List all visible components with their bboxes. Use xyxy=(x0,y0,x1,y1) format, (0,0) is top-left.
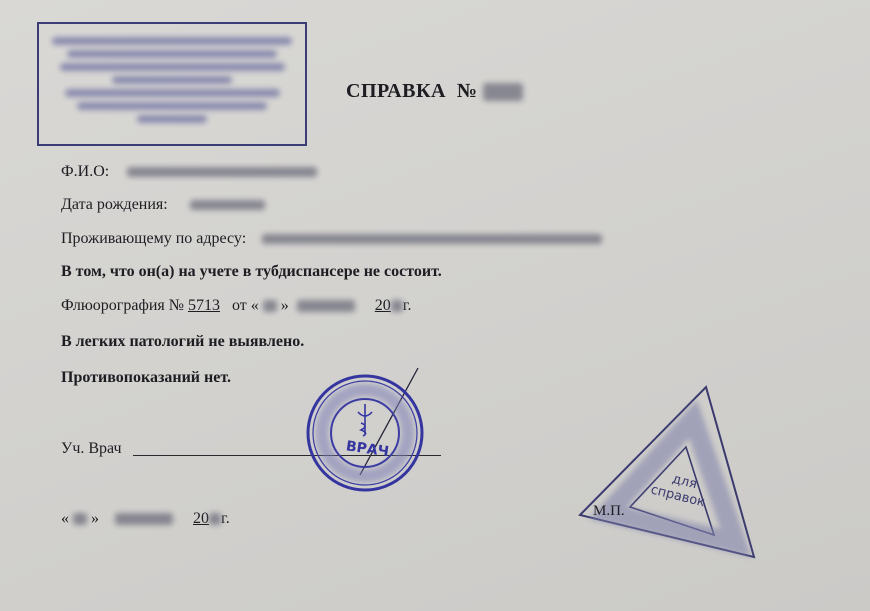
caduceus-icon xyxy=(358,404,372,436)
birthdate-label: Дата рождения: xyxy=(61,196,168,213)
date-close-quote: » xyxy=(91,510,99,527)
fluoro-close-quote: » xyxy=(281,297,289,314)
fluoro-year-prefix: 20 xyxy=(375,297,391,314)
date-year-suffix: г. xyxy=(221,510,230,527)
birthdate-value-redacted xyxy=(190,200,265,210)
address-label: Проживающему по адресу: xyxy=(61,230,246,247)
statement-result: не состоит. xyxy=(364,263,442,280)
statement-line: В том, что он(а) на учете в тубдиспансер… xyxy=(61,263,442,281)
institution-stamp-text-redacted xyxy=(39,32,305,123)
issue-date-line: « » 20г. xyxy=(61,510,230,528)
document-paper: СПРАВКА № Ф.И.О: Дата рождения: Проживаю… xyxy=(0,0,870,611)
fluoro-number: 5713 xyxy=(188,297,220,314)
document-title: СПРАВКА № xyxy=(346,80,523,103)
fio-value-redacted xyxy=(127,167,317,177)
fluoro-year-suffix: г. xyxy=(403,297,412,314)
title-text: СПРАВКА xyxy=(346,80,446,102)
doctor-label: Уч. Врач xyxy=(61,440,122,458)
field-address: Проживающему по адресу: xyxy=(61,230,602,248)
doctor-round-stamp: ВРАЧ xyxy=(300,360,460,500)
statement-text: В том, что он(а) на учете в тубдиспансер… xyxy=(61,263,360,280)
field-fio: Ф.И.О: xyxy=(61,163,317,181)
date-month-redacted xyxy=(115,513,173,525)
date-year-redacted xyxy=(209,513,221,525)
field-birthdate: Дата рождения: xyxy=(61,196,265,214)
fluoro-line: Флюорография № 5713 от « » 20г. xyxy=(61,297,412,315)
fio-label: Ф.И.О: xyxy=(61,163,109,180)
mp-label: М.П. xyxy=(593,503,625,520)
fluoro-label: Флюорография № xyxy=(61,297,184,314)
number-sign: № xyxy=(457,80,478,102)
fluoro-day-redacted xyxy=(263,300,277,312)
date-year-prefix: 20 xyxy=(193,510,209,527)
lungs-line: В легких патологий не выявлено. xyxy=(61,333,304,351)
fluoro-year-redacted xyxy=(391,300,403,312)
contraindications-line: Противопоказаний нет. xyxy=(61,369,231,387)
triangle-stamp: для справок xyxy=(578,385,768,565)
fluoro-from: от « xyxy=(232,297,259,314)
address-value-redacted xyxy=(262,234,602,244)
fluoro-month-redacted xyxy=(297,300,355,312)
date-day-redacted xyxy=(73,513,87,525)
certificate-number-redacted xyxy=(483,83,523,101)
date-open-quote: « xyxy=(61,510,69,527)
institution-stamp xyxy=(37,22,307,146)
round-stamp-text: ВРАЧ xyxy=(345,438,390,460)
